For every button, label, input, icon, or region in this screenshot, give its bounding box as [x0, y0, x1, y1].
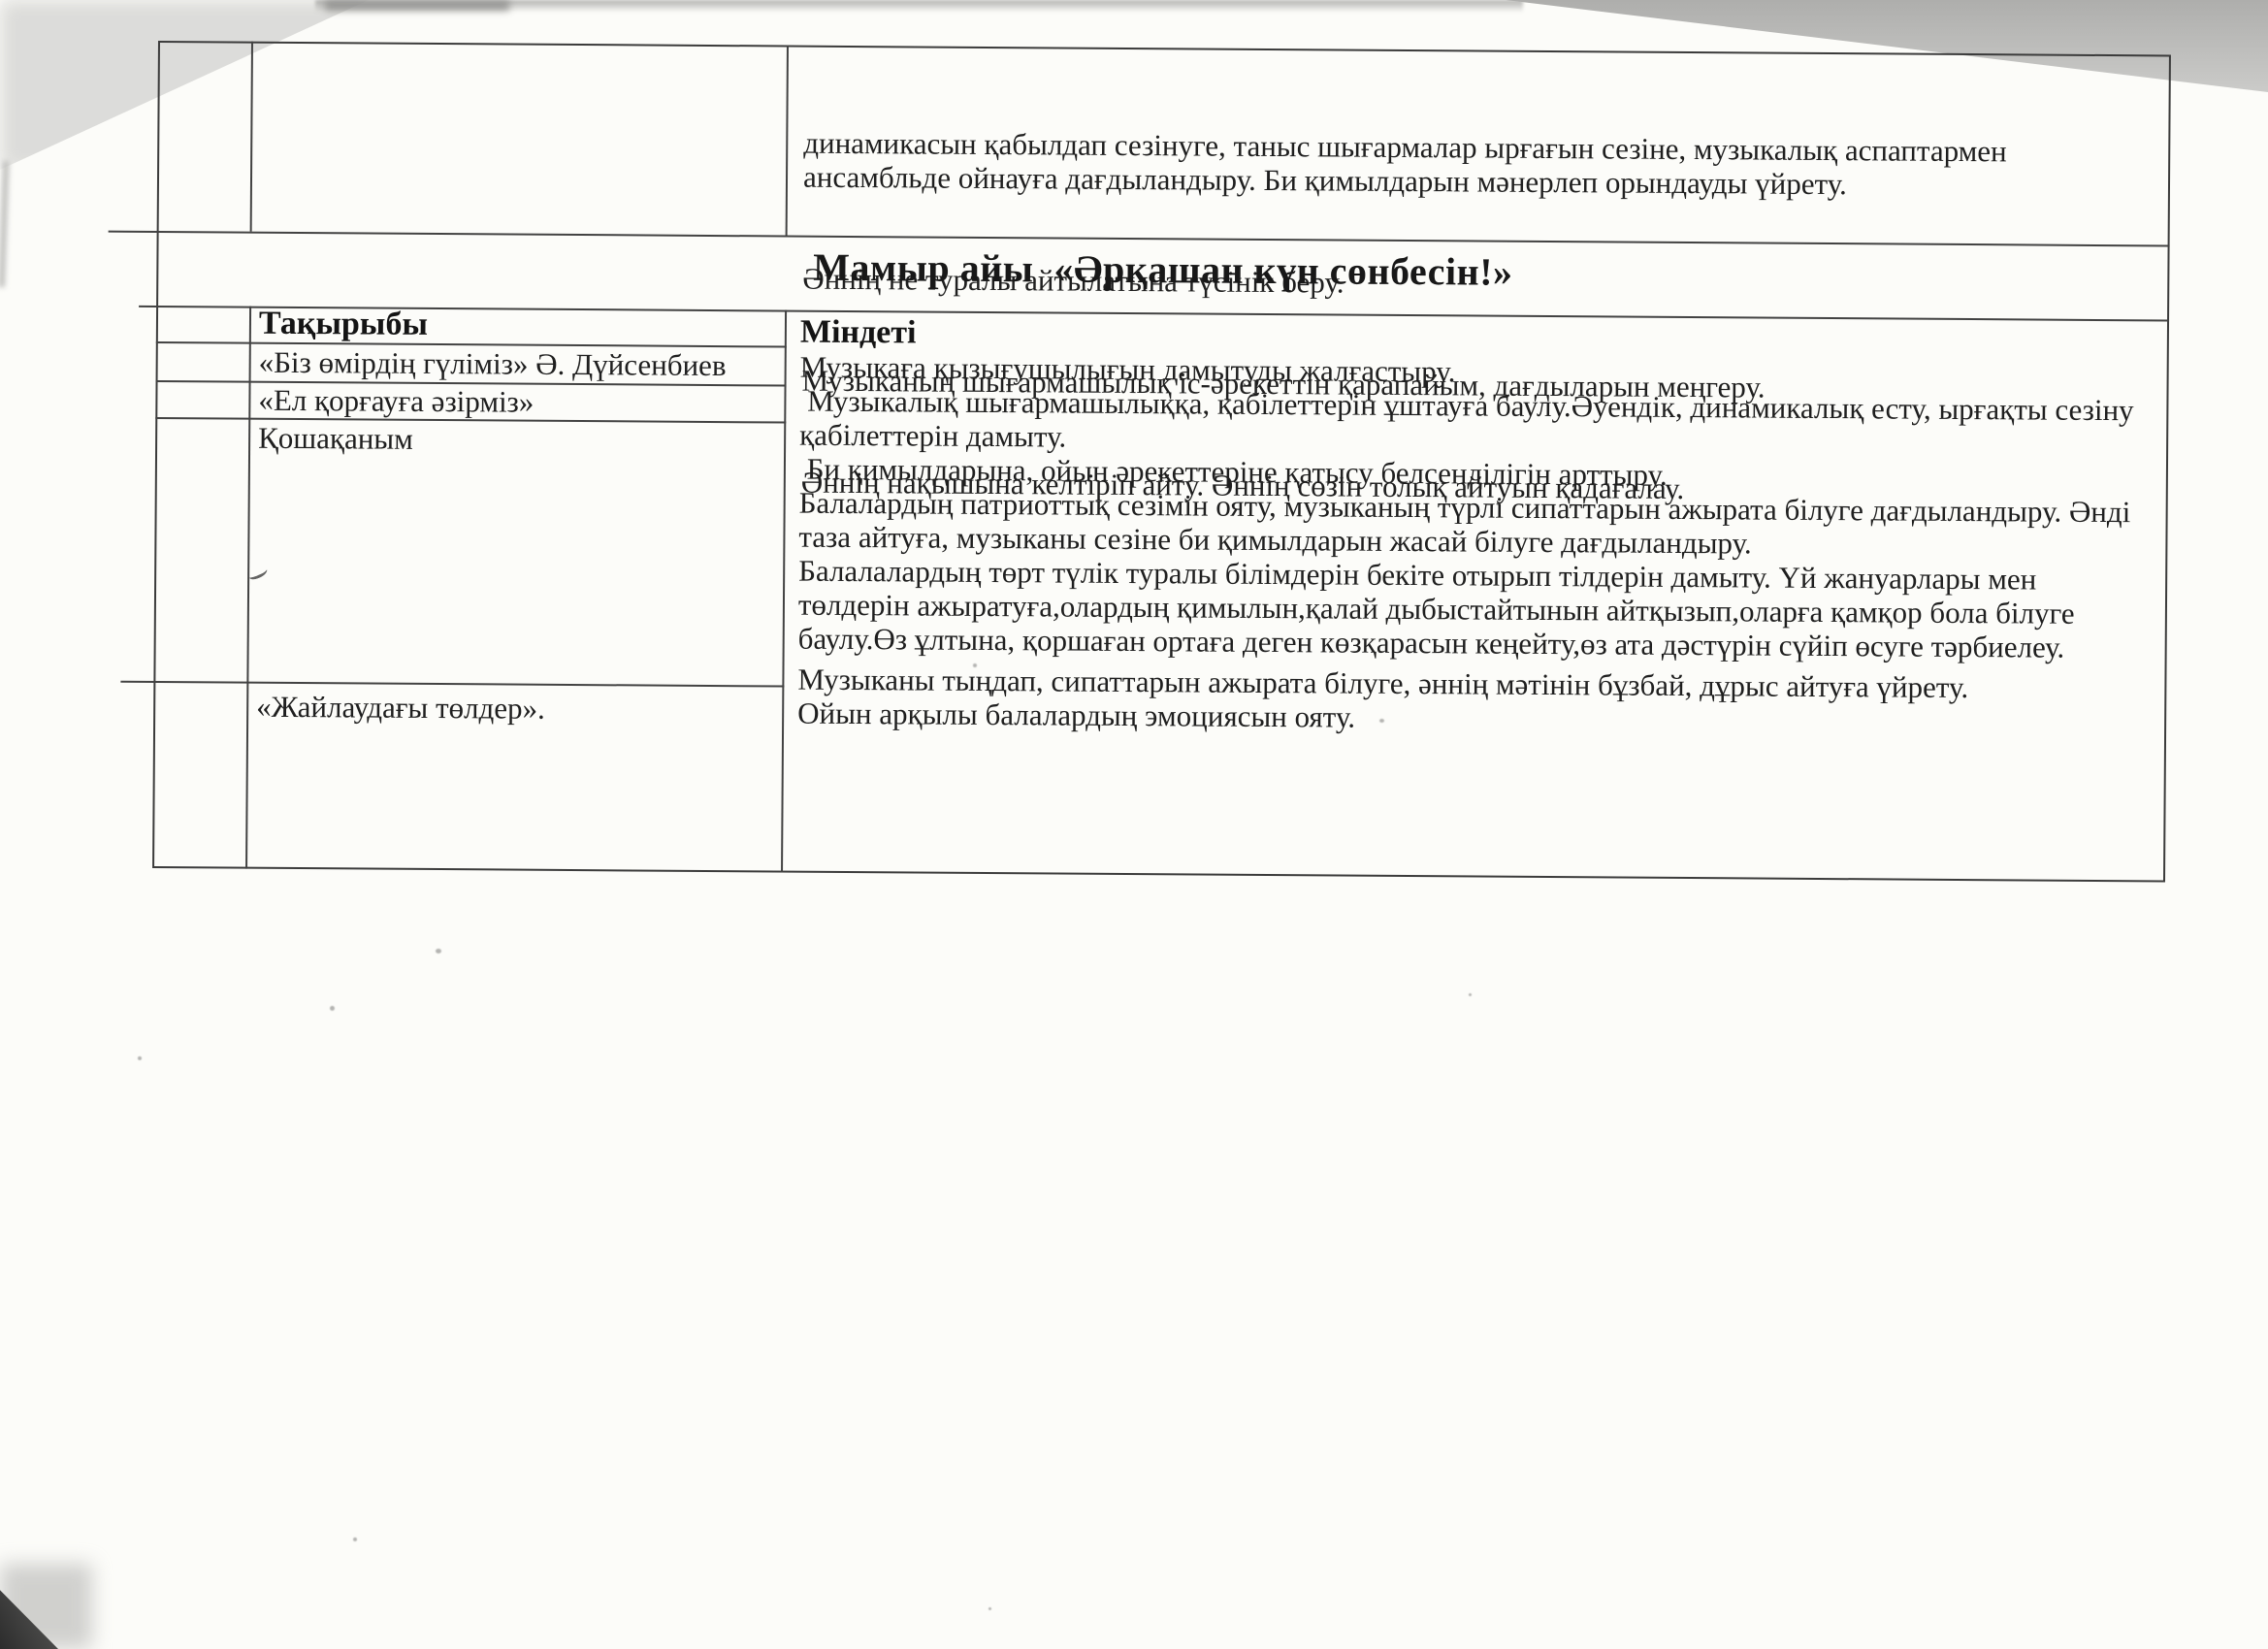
scan-smudge-top-edge [325, 0, 509, 11]
scan-speck [436, 949, 441, 954]
scan-shadow-wedge-bottom-left [0, 1585, 58, 1649]
topic-cell-1: «Біз өмірдің гүліміз» Ә. Дүйсенбиев [259, 345, 778, 383]
objective-paragraph: Балалалардың төрт түлік туралы білімдері… [798, 554, 2152, 665]
objective-paragraph: динамикасын қабылдап сезінуге, таныс шығ… [803, 126, 2157, 204]
topic-cell-4: «Жайлаудағы төлдер». [256, 690, 775, 727]
lesson-plan-table-scan: динамикасын қабылдап сезінуге, таныс шығ… [152, 41, 2171, 882]
scan-speck [330, 1006, 335, 1011]
scan-speck [138, 1056, 142, 1060]
scan-shadow-halo-bottom-left [0, 1564, 92, 1649]
scan-speck [988, 1607, 991, 1610]
topic-cell-3: Қошақаным [258, 421, 777, 459]
column-header-topic: Тақырыбы [259, 307, 428, 341]
topic-cell-2: «Ел қорғауға әзірміз» [258, 383, 777, 421]
scanned-lesson-plan-page: { "colors": { "paper": "#fcfcf9", "ink":… [0, 0, 2268, 1649]
scan-speck [1469, 993, 1472, 996]
objective-column-cell: Міндеті Музыкаға қызығушылығын дамытуды … [797, 315, 2153, 740]
objective-paragraph: Музыкалық шығармашылыққа, қабілеттерін ұ… [799, 384, 2152, 462]
scan-speck [353, 1537, 357, 1541]
objective-paragraph: Балалардың патриоттық сезімін ояту, музы… [798, 486, 2151, 564]
scan-crease-left-edge [0, 161, 9, 287]
scan-shadow-top-edge [315, 0, 1523, 13]
